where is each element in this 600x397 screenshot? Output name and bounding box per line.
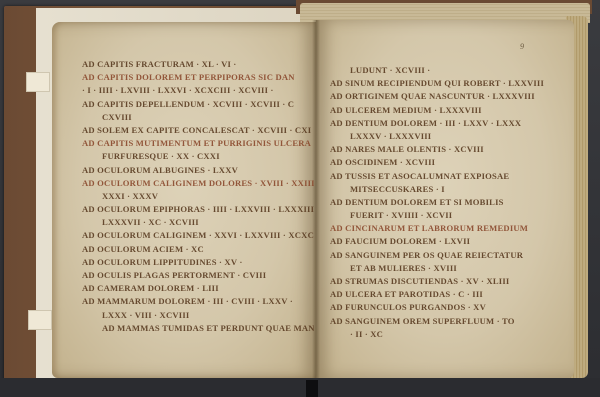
text-line: AD TUSSIS ET ASOCALUMNAT EXPIOSAE [330, 170, 562, 183]
text-line: AD ORTIGINEM QUAE NASCUNTUR · LXXXVIII [330, 90, 562, 103]
text-line: AD FURUNCULOS PURGANDOS · XV [330, 301, 562, 314]
text-line: LXXXVII · XC · XCVIII [82, 216, 314, 229]
manuscript-photo: 9 AD CAPITIS FRACTURAM · XL · VI · AD CA… [0, 0, 600, 397]
text-line: AD CAMERAM DOLOREM · LIII [82, 282, 314, 295]
text-line: AD OSCIDINEM · XCVIII [330, 156, 562, 169]
text-line: AD OCULORUM CALIGINEM · XXVI · LXXVIII ·… [82, 229, 314, 242]
text-line: AD OCULORUM LIPPITUDINES · XV · [82, 256, 314, 269]
text-line: CXVIII [82, 111, 314, 124]
text-line: LUDUNT · XCVIII · [330, 64, 562, 77]
text-line: AD DENTIUM DOLOREM ET SI MOBILIS [330, 196, 562, 209]
text-line: LXXXV · LXXXVIII [330, 130, 562, 143]
text-line: AD MAMMARUM DOLOREM · III · CVIII · LXXV… [82, 295, 314, 308]
text-line: AD SOLEM EX CAPITE CONCALESCAT · XCVIII … [82, 124, 314, 137]
text-line: AD NARES MALE OLENTIS · XCVIII [330, 143, 562, 156]
text-line: AD ULCEREM MEDIUM · LXXXVIII [330, 104, 562, 117]
paper-tab-top [26, 72, 50, 92]
text-line: AD OCULORUM EPIPHORAS · IIII · LXXVIII ·… [82, 203, 314, 216]
text-line: AD SANGUINEM PER OS QUAE REIECTATUR [330, 249, 562, 262]
text-line: AD SINUM RECIPIENDUM QUI ROBERT · LXXVII… [330, 77, 562, 90]
text-line: MITSECCUSKARES · I [330, 183, 562, 196]
right-page-text: LUDUNT · XCVIII · AD SINUM RECIPIENDUM Q… [330, 64, 562, 341]
text-line: AD CAPITIS DEPELLENDUM · XCVIII · XCVIII… [82, 98, 314, 111]
text-line: AD CINCINARUM ET LABRORUM REMEDIUM [330, 222, 562, 235]
text-line: AD OCULORUM CALIGINEM DOLORES · XVIII · … [82, 177, 314, 190]
text-line: AD OCULORUM ALBUGINES · LXXV [82, 164, 314, 177]
text-line: AD CAPITIS FRACTURAM · XL · VI · [82, 58, 314, 71]
text-line: AD CAPITIS MUTIMENTUM ET PURRIGINIS ULCE… [82, 137, 314, 150]
text-line: · I · IIII · LXVIII · LXXVI · XCXCIII · … [82, 84, 314, 97]
text-line: AD FAUCIUM DOLOREM · LXVII [330, 235, 562, 248]
text-line: AD SANGUINEM OREM SUPERFLUUM · TO [330, 315, 562, 328]
text-line: AD OCULIS PLAGAS PERTORMENT · CVIII [82, 269, 314, 282]
book-clip [306, 380, 318, 397]
text-line: XXXI · XXXV [82, 190, 314, 203]
text-line: AD MAMMAS TUMIDAS ET PERDUNT QUAE MANUS [82, 322, 314, 335]
text-line: AD DENTIUM DOLOREM · III · LXXV · LXXX [330, 117, 562, 130]
text-line: AD STRUMAS DISCUTIENDAS · XV · XLIII [330, 275, 562, 288]
text-line: FURFURESQUE · XX · CXXI [82, 150, 314, 163]
text-line: AD OCULORUM ACIEM · XC [82, 243, 314, 256]
text-line: LXXX · VIII · XCVIII [82, 309, 314, 322]
text-line: AD CAPITIS DOLOREM ET PERPIPORAS SIC DAN [82, 71, 314, 84]
folio-number: 9 [520, 42, 524, 51]
table-surface [0, 378, 600, 397]
text-line: AD ULCERA ET PAROTIDAS · C · III [330, 288, 562, 301]
text-line: · II · XC [330, 328, 562, 341]
text-line: FUERIT · XVIIII · XCVII [330, 209, 562, 222]
left-page-text: AD CAPITIS FRACTURAM · XL · VI · AD CAPI… [82, 58, 314, 335]
text-line: ET AB MULIERES · XVIII [330, 262, 562, 275]
paper-tab-bottom [28, 310, 52, 330]
